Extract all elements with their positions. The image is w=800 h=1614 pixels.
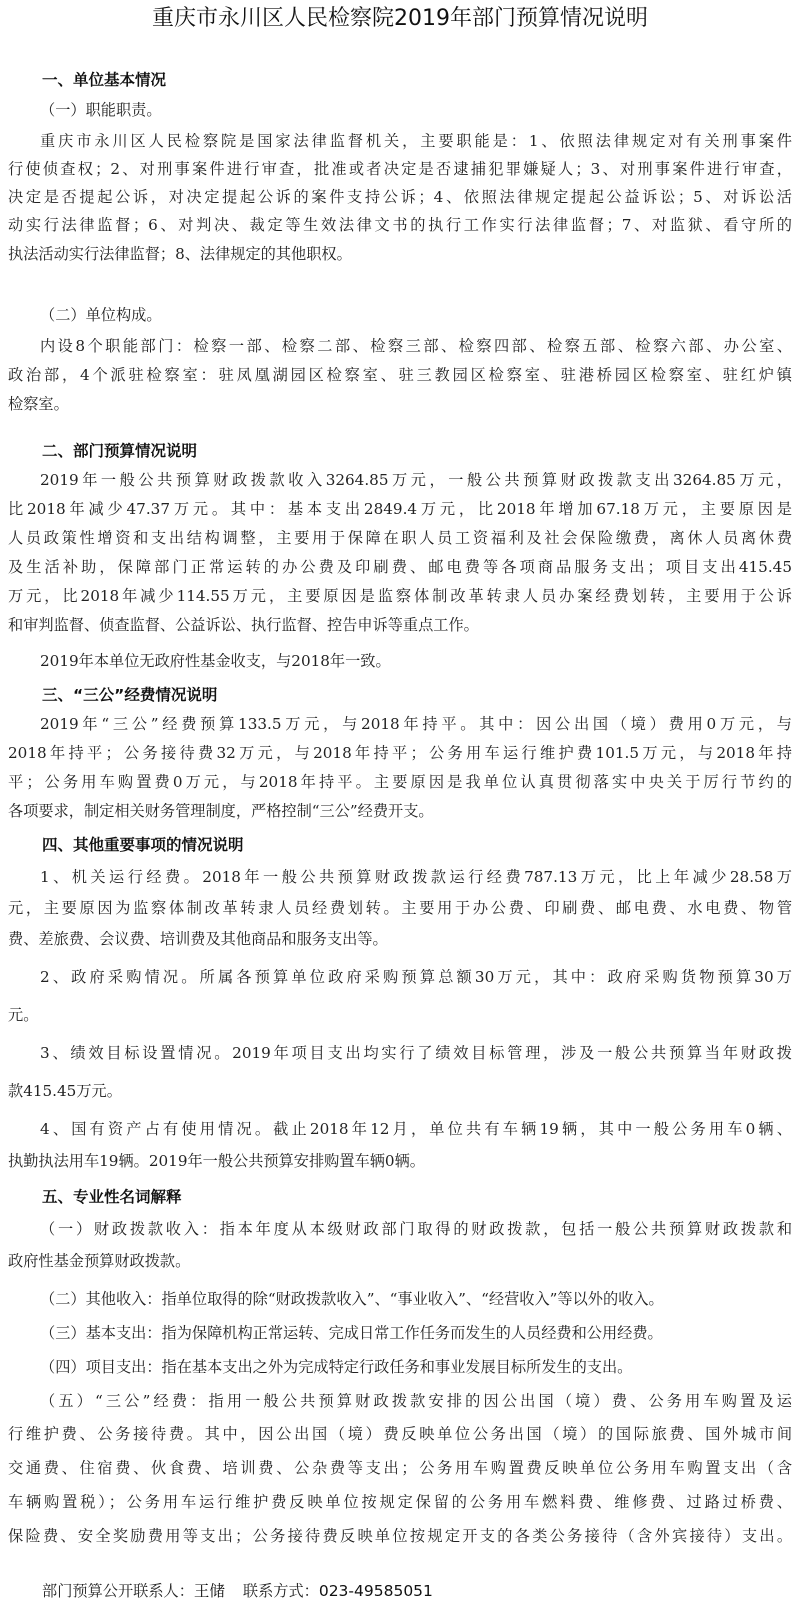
section-heading-unit-basics: 一、单位基本情况 <box>42 69 166 91</box>
paragraph-line: 重庆市永川区人民检察院是国家法律监督机关，主要职能是：1、依照法律规定对有关刑事… <box>40 130 792 152</box>
paragraph-line: 交通费、住宿费、伙食费、培训费、公杂费等支出；公务用车购置费反映单位公务用车购置… <box>8 1457 792 1479</box>
paragraph-line: 和审判监督、侦查监督、公益诉讼、执行监督、控告申诉等重点工作。 <box>8 614 792 636</box>
paragraph-line: 政府性基金预算财政拨款。 <box>8 1250 792 1272</box>
paragraph-line: 元，主要原因为监察体制改革转隶人员经费划转。主要用于办公费、印刷费、邮电费、水电… <box>8 897 792 919</box>
contact-name: 王储 <box>194 1582 225 1600</box>
contact-label: 部门预算公开联系人： <box>42 1582 194 1600</box>
paragraph-line: 动实行法律监督；6、对判决、裁定等生效法律文书的执行工作实行法律监督；7、对监狱… <box>8 214 792 236</box>
paragraph-line: 行维护费、公务接待费。其中，因公出国（境）费反映单位公务出国（境）的国际旅费、国… <box>8 1423 792 1445</box>
budget-document: 重庆市永川区人民检察院2019年部门预算情况说明 一、单位基本情况 （一）职能职… <box>0 0 800 1614</box>
subheading-structure: （二）单位构成。 <box>40 304 162 326</box>
paragraph-line: 各项要求，制定相关财务管理制度，严格控制“三公”经费开支。 <box>8 800 792 822</box>
paragraph-line: 2、政府采购情况。所属各预算单位政府采购预算总额30万元，其中：政府采购货物预算… <box>40 966 792 988</box>
paragraph-line: （四）项目支出：指在基本支出之外为完成特定行政任务和事业发展目标所发生的支出。 <box>40 1356 792 1378</box>
section-heading-budget: 二、部门预算情况说明 <box>42 440 197 462</box>
paragraph-line: （二）其他收入：指单位取得的除“财政拨款收入”、“事业收入”、“经营收入”等以外… <box>40 1288 792 1310</box>
paragraph-line: 及生活补助，保障部门正常运转的办公费及印刷费、邮电费等各项商品服务支出；项目支出… <box>8 556 792 578</box>
contact-line: 部门预算公开联系人：王储联系方式：023-49585051 <box>42 1580 433 1602</box>
paragraph-line: 2019年“三公”经费预算133.5万元，与2018年持平。其中：因公出国（境）… <box>40 713 792 735</box>
paragraph-line: 决定是否提起公诉，对决定提起公诉的案件支持公诉；4、依照法律规定提起公益诉讼；5… <box>8 186 792 208</box>
paragraph-line: 比2018年减少47.37万元。其中：基本支出2849.4万元，比2018年增加… <box>8 498 792 520</box>
paragraph-line: 车辆购置税）；公务用车运行维护费反映单位按规定保留的公务用车燃料费、维修费、过路… <box>8 1491 792 1513</box>
subheading-functions: （一）职能职责。 <box>40 99 162 121</box>
paragraph-line: 1、机关运行经费。2018年一般公共预算财政拨款运行经费787.13万元，比上年… <box>40 866 792 888</box>
paragraph-line: 内设8个职能部门：检察一部、检察二部、检察三部、检察四部、检察五部、检察六部、办… <box>40 335 792 357</box>
paragraph-line: 3、绩效目标设置情况。2019年项目支出均实行了绩效目标管理，涉及一般公共预算当… <box>40 1042 792 1064</box>
paragraph-line: 万元，比2018年减少114.55万元，主要原因是监察体制改革转隶人员办案经费划… <box>8 585 792 607</box>
paragraph-line-fund: 2019年本单位无政府性基金收支，与2018年一致。 <box>40 650 792 672</box>
paragraph-line: 费、差旅费、会议费、培训费及其他商品和服务支出等。 <box>8 928 792 950</box>
paragraph-line: 2018年持平；公务接待费32万元，与2018年持平；公务用车运行维护费101.… <box>8 742 792 764</box>
paragraph-line: 款415.45万元。 <box>8 1080 792 1102</box>
paragraph-line: （三）基本支出：指为保障机构正常运转、完成日常工作任务而发生的人员经费和公用经费… <box>40 1322 792 1344</box>
paragraph-line: 检察室。 <box>8 393 792 415</box>
paragraph-line: 行使侦查权；2、对刑事案件进行审查，批准或者决定是否逮捕犯罪嫌疑人；3、对刑事案… <box>8 158 792 180</box>
paragraph-line: （五）“三公”经费：指用一般公共预算财政拨款安排的因公出国（境）费、公务用车购置… <box>40 1390 792 1412</box>
paragraph-line: （一）财政拨款收入：指本年度从本级财政部门取得的财政拨款，包括一般公共预算财政拨… <box>40 1218 792 1240</box>
document-title: 重庆市永川区人民检察院2019年部门预算情况说明 <box>0 2 800 36</box>
section-heading-three-public: 三、“三公”经费情况说明 <box>42 684 217 706</box>
paragraph-line: 2019年一般公共预算财政拨款收入3264.85万元，一般公共预算财政拨款支出3… <box>40 469 792 491</box>
paragraph-line: 4、国有资产占有使用情况。截止2018年12月，单位共有车辆19辆，其中一般公务… <box>40 1118 792 1140</box>
paragraph-line: 平；公务用车购置费0万元，与2018年持平。主要原因是我单位认真贯彻落实中央关于… <box>8 771 792 793</box>
section-heading-other-matters: 四、其他重要事项的情况说明 <box>42 834 244 856</box>
paragraph-line: 元。 <box>8 1004 792 1026</box>
paragraph-line: 保险费、安全奖励费用等支出；公务接待费反映单位按规定开支的各类公务接待（含外宾接… <box>8 1525 792 1547</box>
section-heading-terms: 五、专业性名词解释 <box>42 1186 182 1208</box>
paragraph-line: 政治部，4个派驻检察室：驻凤凰湖园区检察室、驻三教园区检察室、驻港桥园区检察室、… <box>8 364 792 386</box>
paragraph-line: 执勤执法用车19辆。2019年一般公共预算安排购置车辆0辆。 <box>8 1150 792 1172</box>
paragraph-line: 执法活动实行法律监督；8、法律规定的其他职权。 <box>8 243 792 265</box>
contact-method-label: 联系方式： <box>243 1582 319 1600</box>
paragraph-line: 人员政策性增资和支出结构调整，主要用于保障在职人员工资福利及社会保险缴费，离休人… <box>8 527 792 549</box>
contact-phone: 023-49585051 <box>319 1582 433 1600</box>
